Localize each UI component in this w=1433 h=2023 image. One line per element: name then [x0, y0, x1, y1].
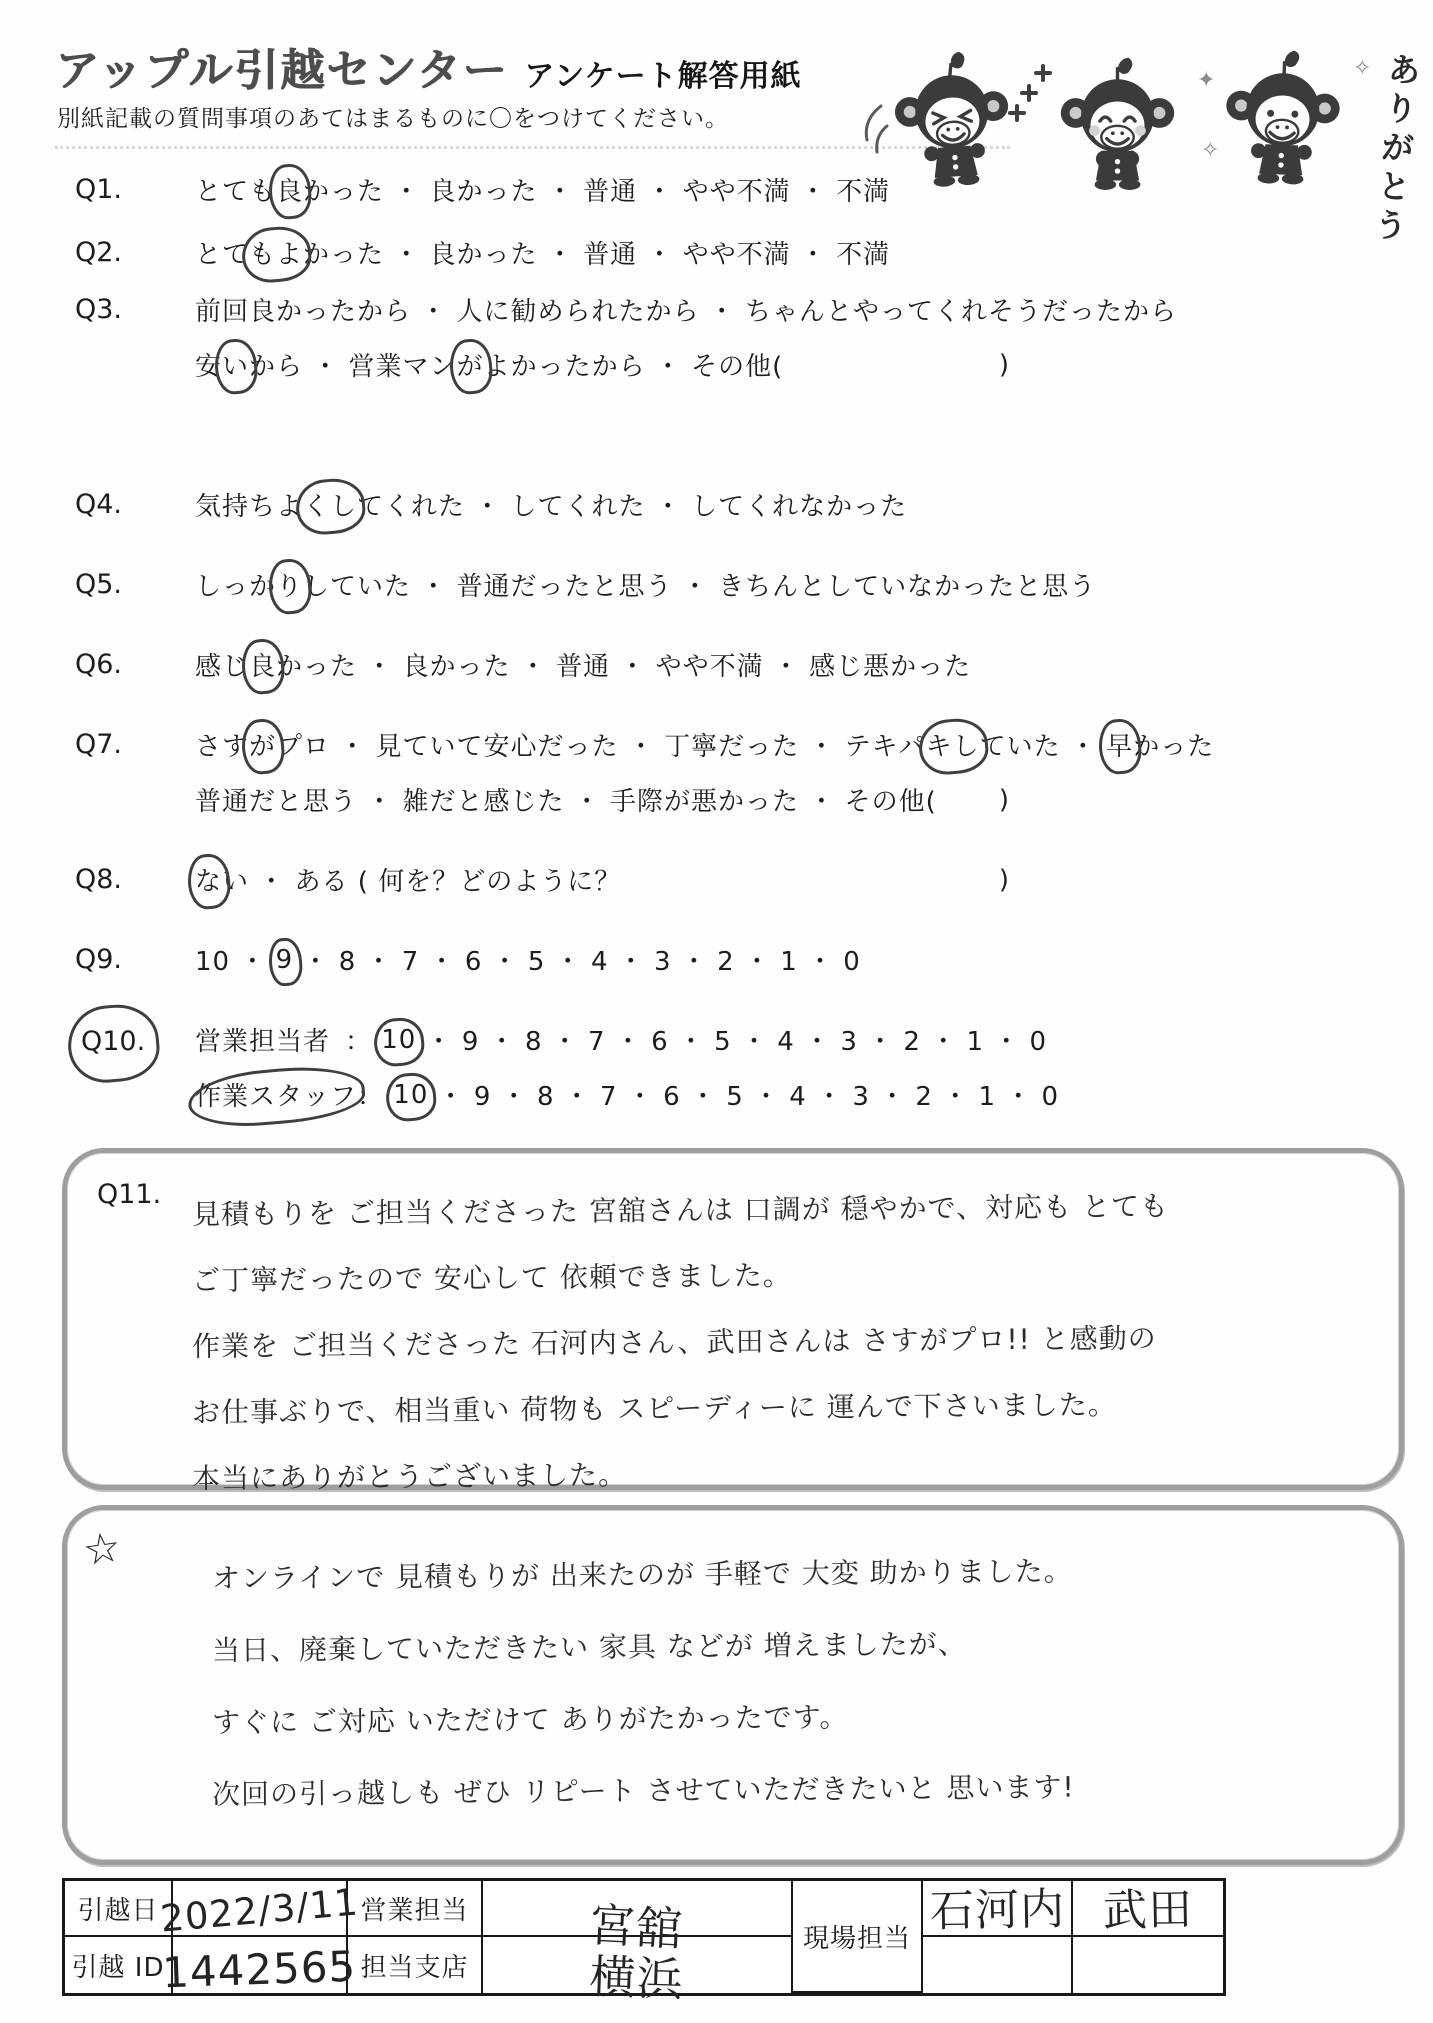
header: アップル引越センター アンケート解答用紙 [55, 34, 802, 98]
question-number: Q3. [75, 294, 122, 325]
option-text: ていた ・ [980, 726, 1107, 763]
circled-answer: 作業スタッフ [195, 1076, 357, 1113]
question-label: Q2. [75, 225, 195, 280]
site-label: 現場担当 [793, 1881, 923, 1993]
q11-lines: 見積もりを ご担当くださった 宮舘さんは 口調が 穏やかで、対応も とてもご丁寧… [192, 1177, 1369, 1507]
move-id-value: 1442565 [173, 1937, 348, 1993]
option-text: 普通だと思う ・ 雑だと感じた ・ 手際が悪かった ・ その他( [195, 781, 937, 818]
question-number: Q8. [75, 864, 122, 895]
option-text: かった ・ 良かった ・ 普通 ・ やや不満 ・ 不満 [303, 234, 890, 271]
circled-answer: もよ [249, 234, 303, 271]
site-crew-2: 武田 [1073, 1881, 1223, 1937]
question-number: Q6. [75, 649, 122, 680]
question-label: Q6. [75, 637, 195, 692]
circled-answer: 10 [393, 1080, 428, 1110]
option-text: かった ・ 良かった ・ 普通 ・ やや不満 ・ 感じ悪かった [276, 646, 971, 683]
circled-answer: い [222, 346, 249, 383]
question-line: 営業担当者： 10 ・ 9 ・ 8 ・ 7 ・ 6 ・ 5 ・ 4 ・ 3 ・ … [195, 1012, 1410, 1067]
question-label: Q3. [75, 282, 195, 392]
summary-table: 引越日 2022/3/11 営業担当 宮舘 現場担当 石河内 武田 引越 ID … [62, 1878, 1226, 1996]
move-id-label: 引越 ID [65, 1937, 173, 1993]
handwritten-line: オンラインで 見積もりが 出来たのが 手軽で 大変 助かりました。 [212, 1533, 1380, 1615]
site-crew-1: 石河内 [923, 1881, 1073, 1937]
option-text: プロ ・ 見ていて安心だった ・ 丁寧だった ・ テキパ [276, 726, 926, 763]
page-title: アンケート解答用紙 [524, 51, 801, 98]
handwritten-line: 次回の引っ越しも ぜひ リピート させていただきたいと 思います! [212, 1749, 1380, 1831]
question-line: 前回良かったから ・ 人に勧められたから ・ ちゃんとやってくれそうだったから [195, 282, 1410, 337]
sales-label: 営業担当 [348, 1881, 483, 1937]
question-row: Q6.感じ良かった ・ 良かった ・ 普通 ・ やや不満 ・ 感じ悪かった [60, 637, 1410, 692]
question-label: Q8. [75, 852, 195, 907]
instruction-text: 別紙記載の質問事項のあてはまるものに〇をつけてください。 [57, 100, 729, 133]
question-line: さすがプロ ・ 見ていて安心だった ・ 丁寧だった ・ テキパキしていた ・ 早… [195, 717, 1410, 772]
question-lines: 営業担当者： 10 ・ 9 ・ 8 ・ 7 ・ 6 ・ 5 ・ 4 ・ 3 ・ … [195, 1012, 1410, 1122]
question-line: 安いから ・ 営業マンがよかったから ・ その他() [195, 337, 1010, 392]
question-label: Q5. [75, 557, 195, 612]
handwritten-line: 見積もりを ご担当くださった 宮舘さんは 口調が 穏やかで、対応も とても [192, 1172, 1370, 1248]
question-line: 10 ・ 9 ・ 8 ・ 7 ・ 6 ・ 5 ・ 4 ・ 3 ・ 2 ・ 1 ・… [195, 932, 1410, 987]
question-number: Q4. [75, 489, 122, 520]
question-lines: ない ・ ある ( 何を？どのように？) [195, 852, 1410, 907]
question-number: Q9. [75, 944, 122, 975]
question-line: 作業スタッフ： 10 ・ 9 ・ 8 ・ 7 ・ 6 ・ 5 ・ 4 ・ 3 ・… [195, 1067, 1410, 1122]
option-text: ・ 9 ・ 8 ・ 7 ・ 6 ・ 5 ・ 4 ・ 3 ・ 2 ・ 1 ・ 0 [416, 1021, 1047, 1058]
question-row: Q8.ない ・ ある ( 何を？どのように？) [60, 852, 1410, 907]
circled-answer: が [457, 346, 484, 383]
question-lines: しっかりしていた ・ 普通だったと思う ・ きちんとしていなかったと思う [195, 557, 1410, 612]
question-lines: さすがプロ ・ 見ていて安心だった ・ 丁寧だった ・ テキパキしていた ・ 早… [195, 717, 1410, 827]
option-text: かった ・ 良かった ・ 普通 ・ やや不満 ・ 不満 [303, 171, 890, 208]
question-line: とても良かった ・ 良かった ・ 普通 ・ やや不満 ・ 不満 [195, 162, 1410, 217]
option-text: 営業担当者 [195, 1021, 345, 1058]
question-line: しっかりしていた ・ 普通だったと思う ・ きちんとしていなかったと思う [195, 557, 1410, 612]
question-number: Q10. [75, 1012, 151, 1071]
option-text: 前回良かったから ・ 人に勧められたから ・ ちゃんとやってくれそうだったから [195, 291, 1177, 328]
option-text: とても [195, 171, 276, 208]
question-lines: とても良かった ・ 良かった ・ 普通 ・ やや不満 ・ 不満 [195, 162, 1410, 217]
question-row: Q1.とても良かった ・ 良かった ・ 普通 ・ やや不満 ・ 不満 [60, 162, 1410, 217]
question-row: Q7.さすがプロ ・ 見ていて安心だった ・ 丁寧だった ・ テキパキしていた … [60, 717, 1410, 827]
circled-answer: り [276, 566, 303, 603]
question-line: とてもよかった ・ 良かった ・ 普通 ・ やや不満 ・ 不満 [195, 225, 1410, 280]
question-row: Q10.営業担当者： 10 ・ 9 ・ 8 ・ 7 ・ 6 ・ 5 ・ 4 ・ … [60, 1012, 1410, 1122]
move-date-label: 引越日 [65, 1881, 173, 1937]
option-text: ： [357, 1076, 393, 1113]
question-number: Q5. [75, 569, 122, 600]
question-label: Q1. [75, 162, 195, 217]
option-text: さす [195, 726, 249, 763]
handwritten-line: ご丁寧だったので 安心して 依頼できました。 [192, 1238, 1370, 1314]
circled-answer: くし [303, 486, 357, 523]
question-label: Q10. [75, 1012, 195, 1122]
circled-answer: な [195, 861, 222, 898]
sales-value: 宮舘 [483, 1881, 793, 1937]
option-text: よかったから ・ その他( [484, 346, 784, 383]
option-text: かった [1133, 726, 1214, 763]
question-line: 感じ良かった ・ 良かった ・ 普通 ・ やや不満 ・ 感じ悪かった [195, 637, 1410, 692]
handwritten-line: 作業を ご担当くださった 石河内さん、武田さんは さすがプロ!! と感動の [192, 1304, 1370, 1380]
survey-sheet: アップル引越センター アンケート解答用紙 別紙記載の質問事項のあてはまるものに〇… [0, 0, 1433, 2023]
circled-answer: 早 [1106, 726, 1133, 763]
option-text: ) [999, 785, 1010, 815]
option-text: 10 ・ [195, 941, 276, 978]
star-icon: ☆ [80, 1522, 124, 1576]
option-text: から ・ 営業マン [249, 346, 457, 383]
question-number: Q2. [75, 237, 122, 268]
handwritten-line: すぐに ご対応 いただけて ありがたかったです。 [212, 1677, 1380, 1759]
site-crew-empty-1 [923, 1937, 1073, 1993]
question-lines: とてもよかった ・ 良かった ・ 普通 ・ やや不満 ・ 不満 [195, 225, 1410, 280]
question-row: Q2.とてもよかった ・ 良かった ・ 普通 ・ やや不満 ・ 不満 [60, 225, 1410, 280]
question-row: Q3.前回良かったから ・ 人に勧められたから ・ ちゃんとやってくれそうだった… [60, 282, 1410, 392]
handwritten-line: 本当にありがとうございました。 [192, 1436, 1370, 1512]
q11-comment-box: Q11. 見積もりを ご担当くださった 宮舘さんは 口調が 穏やかで、対応も と… [62, 1148, 1404, 1490]
branch-label: 担当支店 [348, 1937, 483, 1993]
brand-title: アップル引越センター [55, 34, 508, 98]
sparkle-diamond-icon: ✧ [1201, 138, 1219, 163]
site-crew-empty-2 [1073, 1937, 1223, 1993]
option-text: ) [999, 865, 1010, 895]
question-row: Q5.しっかりしていた ・ 普通だったと思う ・ きちんとしていなかったと思う [60, 557, 1410, 612]
handwritten-line: お仕事ぶりで、相当重い 荷物も スピーディーに 運んで下さいました。 [192, 1370, 1370, 1446]
circled-answer: キし [926, 726, 980, 763]
branch-value: 横浜 [483, 1937, 793, 1993]
option-text: 気持ちよ [195, 486, 303, 523]
question-line: ない ・ ある ( 何を？どのように？) [195, 852, 1010, 907]
move-date-value: 2022/3/11 [173, 1881, 348, 1937]
questions: Q1.とても良かった ・ 良かった ・ 普通 ・ やや不満 ・ 不満Q2.とても… [60, 162, 1410, 1147]
question-row: Q9.10 ・ 9 ・ 8 ・ 7 ・ 6 ・ 5 ・ 4 ・ 3 ・ 2 ・ … [60, 932, 1410, 987]
option-text: ) [999, 350, 1010, 380]
question-label: Q9. [75, 932, 195, 987]
question-lines: 感じ良かった ・ 良かった ・ 普通 ・ やや不満 ・ 感じ悪かった [195, 637, 1410, 692]
question-row: Q4.気持ちよくしてくれた ・ してくれた ・ してくれなかった [60, 477, 1410, 532]
question-lines: 前回良かったから ・ 人に勧められたから ・ ちゃんとやってくれそうだったから安… [195, 282, 1410, 392]
option-text: 感じ [195, 646, 249, 683]
circled-answer: が [249, 726, 276, 763]
star-comment-box: ☆ オンラインで 見積もりが 出来たのが 手軽で 大変 助かりました。当日、廃棄… [62, 1505, 1404, 1865]
question-line: 気持ちよくしてくれた ・ してくれた ・ してくれなかった [195, 477, 1410, 532]
option-text: てくれた ・ してくれた ・ してくれなかった [357, 486, 907, 523]
option-text: ： [345, 1021, 381, 1058]
question-number: Q7. [75, 729, 122, 760]
option-text: ・ 9 ・ 8 ・ 7 ・ 6 ・ 5 ・ 4 ・ 3 ・ 2 ・ 1 ・ 0 [428, 1076, 1059, 1113]
question-label: Q4. [75, 477, 195, 532]
question-lines: 10 ・ 9 ・ 8 ・ 7 ・ 6 ・ 5 ・ 4 ・ 3 ・ 2 ・ 1 ・… [195, 932, 1410, 987]
option-text: い ・ ある ( 何を？どのように？ [222, 861, 621, 898]
circled-answer: 10 [381, 1025, 416, 1055]
circled-answer: 良 [276, 171, 303, 208]
question-lines: 気持ちよくしてくれた ・ してくれた ・ してくれなかった [195, 477, 1410, 532]
sparkle-diamond-icon: ✧ [1353, 56, 1371, 81]
question-label: Q7. [75, 717, 195, 827]
sparkle-diamond-icon: ✦ [1197, 68, 1215, 93]
circled-answer: 9 [276, 945, 294, 975]
star-lines: オンラインで 見積もりが 出来たのが 手軽で 大変 助かりました。当日、廃棄して… [212, 1538, 1379, 1826]
circled-answer: 良 [249, 646, 276, 683]
question-line: 普通だと思う ・ 雑だと感じた ・ 手際が悪かった ・ その他() [195, 772, 1010, 827]
option-text: していた ・ 普通だったと思う ・ きちんとしていなかったと思う [303, 566, 1096, 603]
question-number: Q1. [75, 174, 122, 205]
q11-label: Q11. [97, 1179, 161, 1210]
option-text: 安 [195, 346, 222, 383]
option-text: とて [195, 234, 249, 271]
option-text: しっか [195, 566, 276, 603]
handwritten-line: 当日、廃棄していただきたい 家具 などが 増えましたが、 [212, 1605, 1380, 1687]
option-text: ・ 8 ・ 7 ・ 6 ・ 5 ・ 4 ・ 3 ・ 2 ・ 1 ・ 0 [293, 941, 861, 978]
